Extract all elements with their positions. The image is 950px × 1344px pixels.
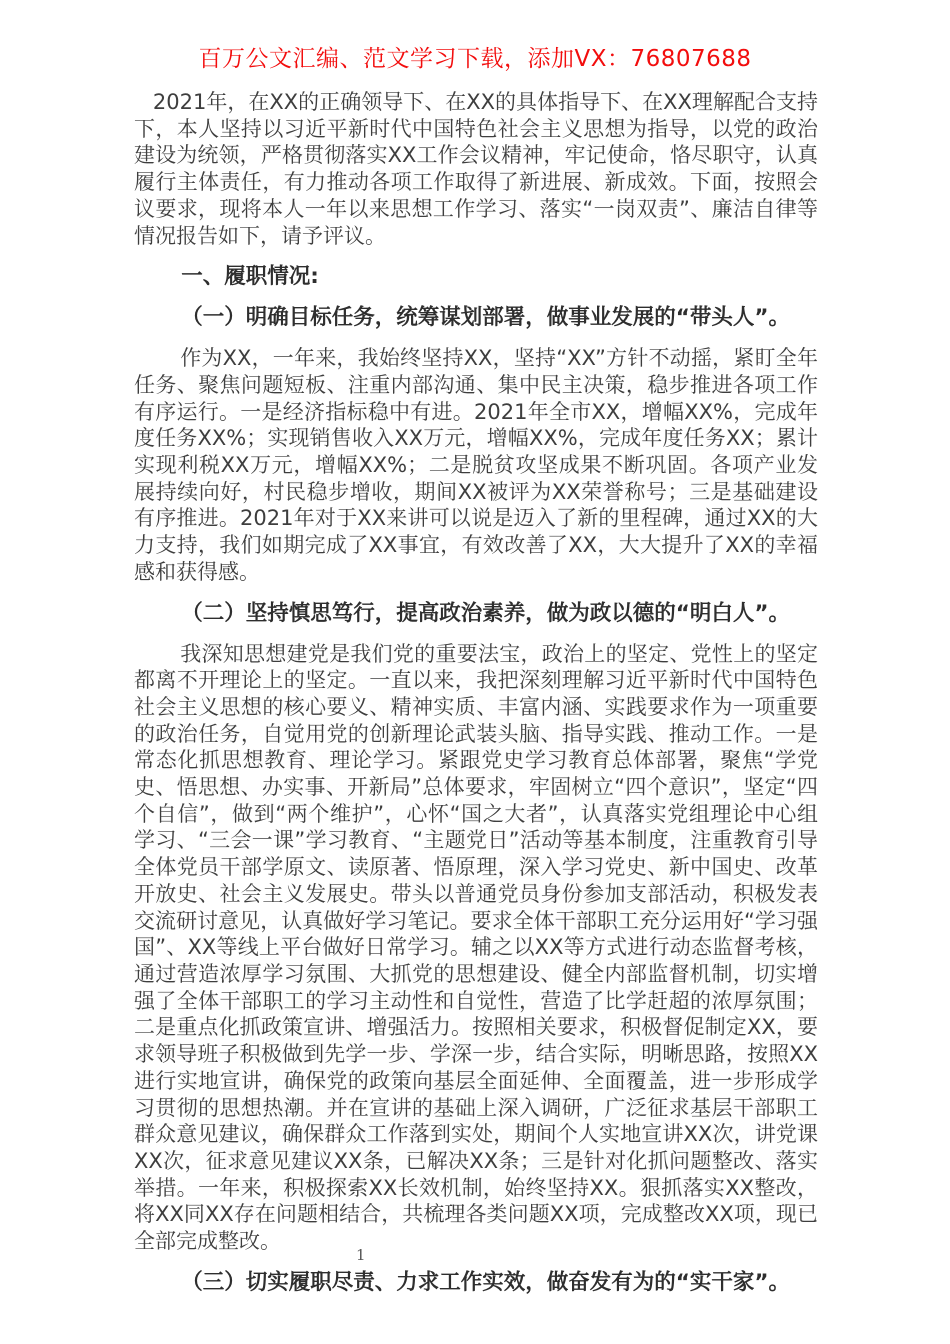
document-page: 百万公文汇编、范文学习下载，添加VX：76807688 2021年，在XX的正确… <box>0 0 950 1344</box>
paragraph-subsection-2: 我深知思想建党是我们党的重要法宝，政治上的坚定、党性上的坚定都离不开理论上的坚定… <box>134 641 818 1255</box>
subsection-heading-1: （一）明确目标任务，统筹谋划部署，做事业发展的“带头人”。 <box>134 304 818 331</box>
subsection-heading-3: （三）切实履职尽责、力求工作实效，做奋发有为的“实干家”。 <box>134 1269 818 1296</box>
section-heading-performance: 一、履职情况: <box>134 263 818 290</box>
promo-header-text: 百万公文汇编、范文学习下载，添加VX：76807688 <box>0 0 950 73</box>
paragraph-subsection-1: 作为XX，一年来，我始终坚持XX，坚持“XX”方针不动摇，紧盯全年任务、聚焦问题… <box>134 345 818 585</box>
page-number: 1 <box>356 1246 366 1264</box>
paragraph-intro: 2021年，在XX的正确领导下、在XX的具体指导下、在XX理解配合支持下，本人坚… <box>134 89 818 249</box>
document-body: 2021年，在XX的正确领导下、在XX的具体指导下、在XX理解配合支持下，本人坚… <box>134 89 818 1296</box>
subsection-heading-2: （二）坚持慎思笃行，提高政治素养，做为政以德的“明白人”。 <box>134 600 818 627</box>
